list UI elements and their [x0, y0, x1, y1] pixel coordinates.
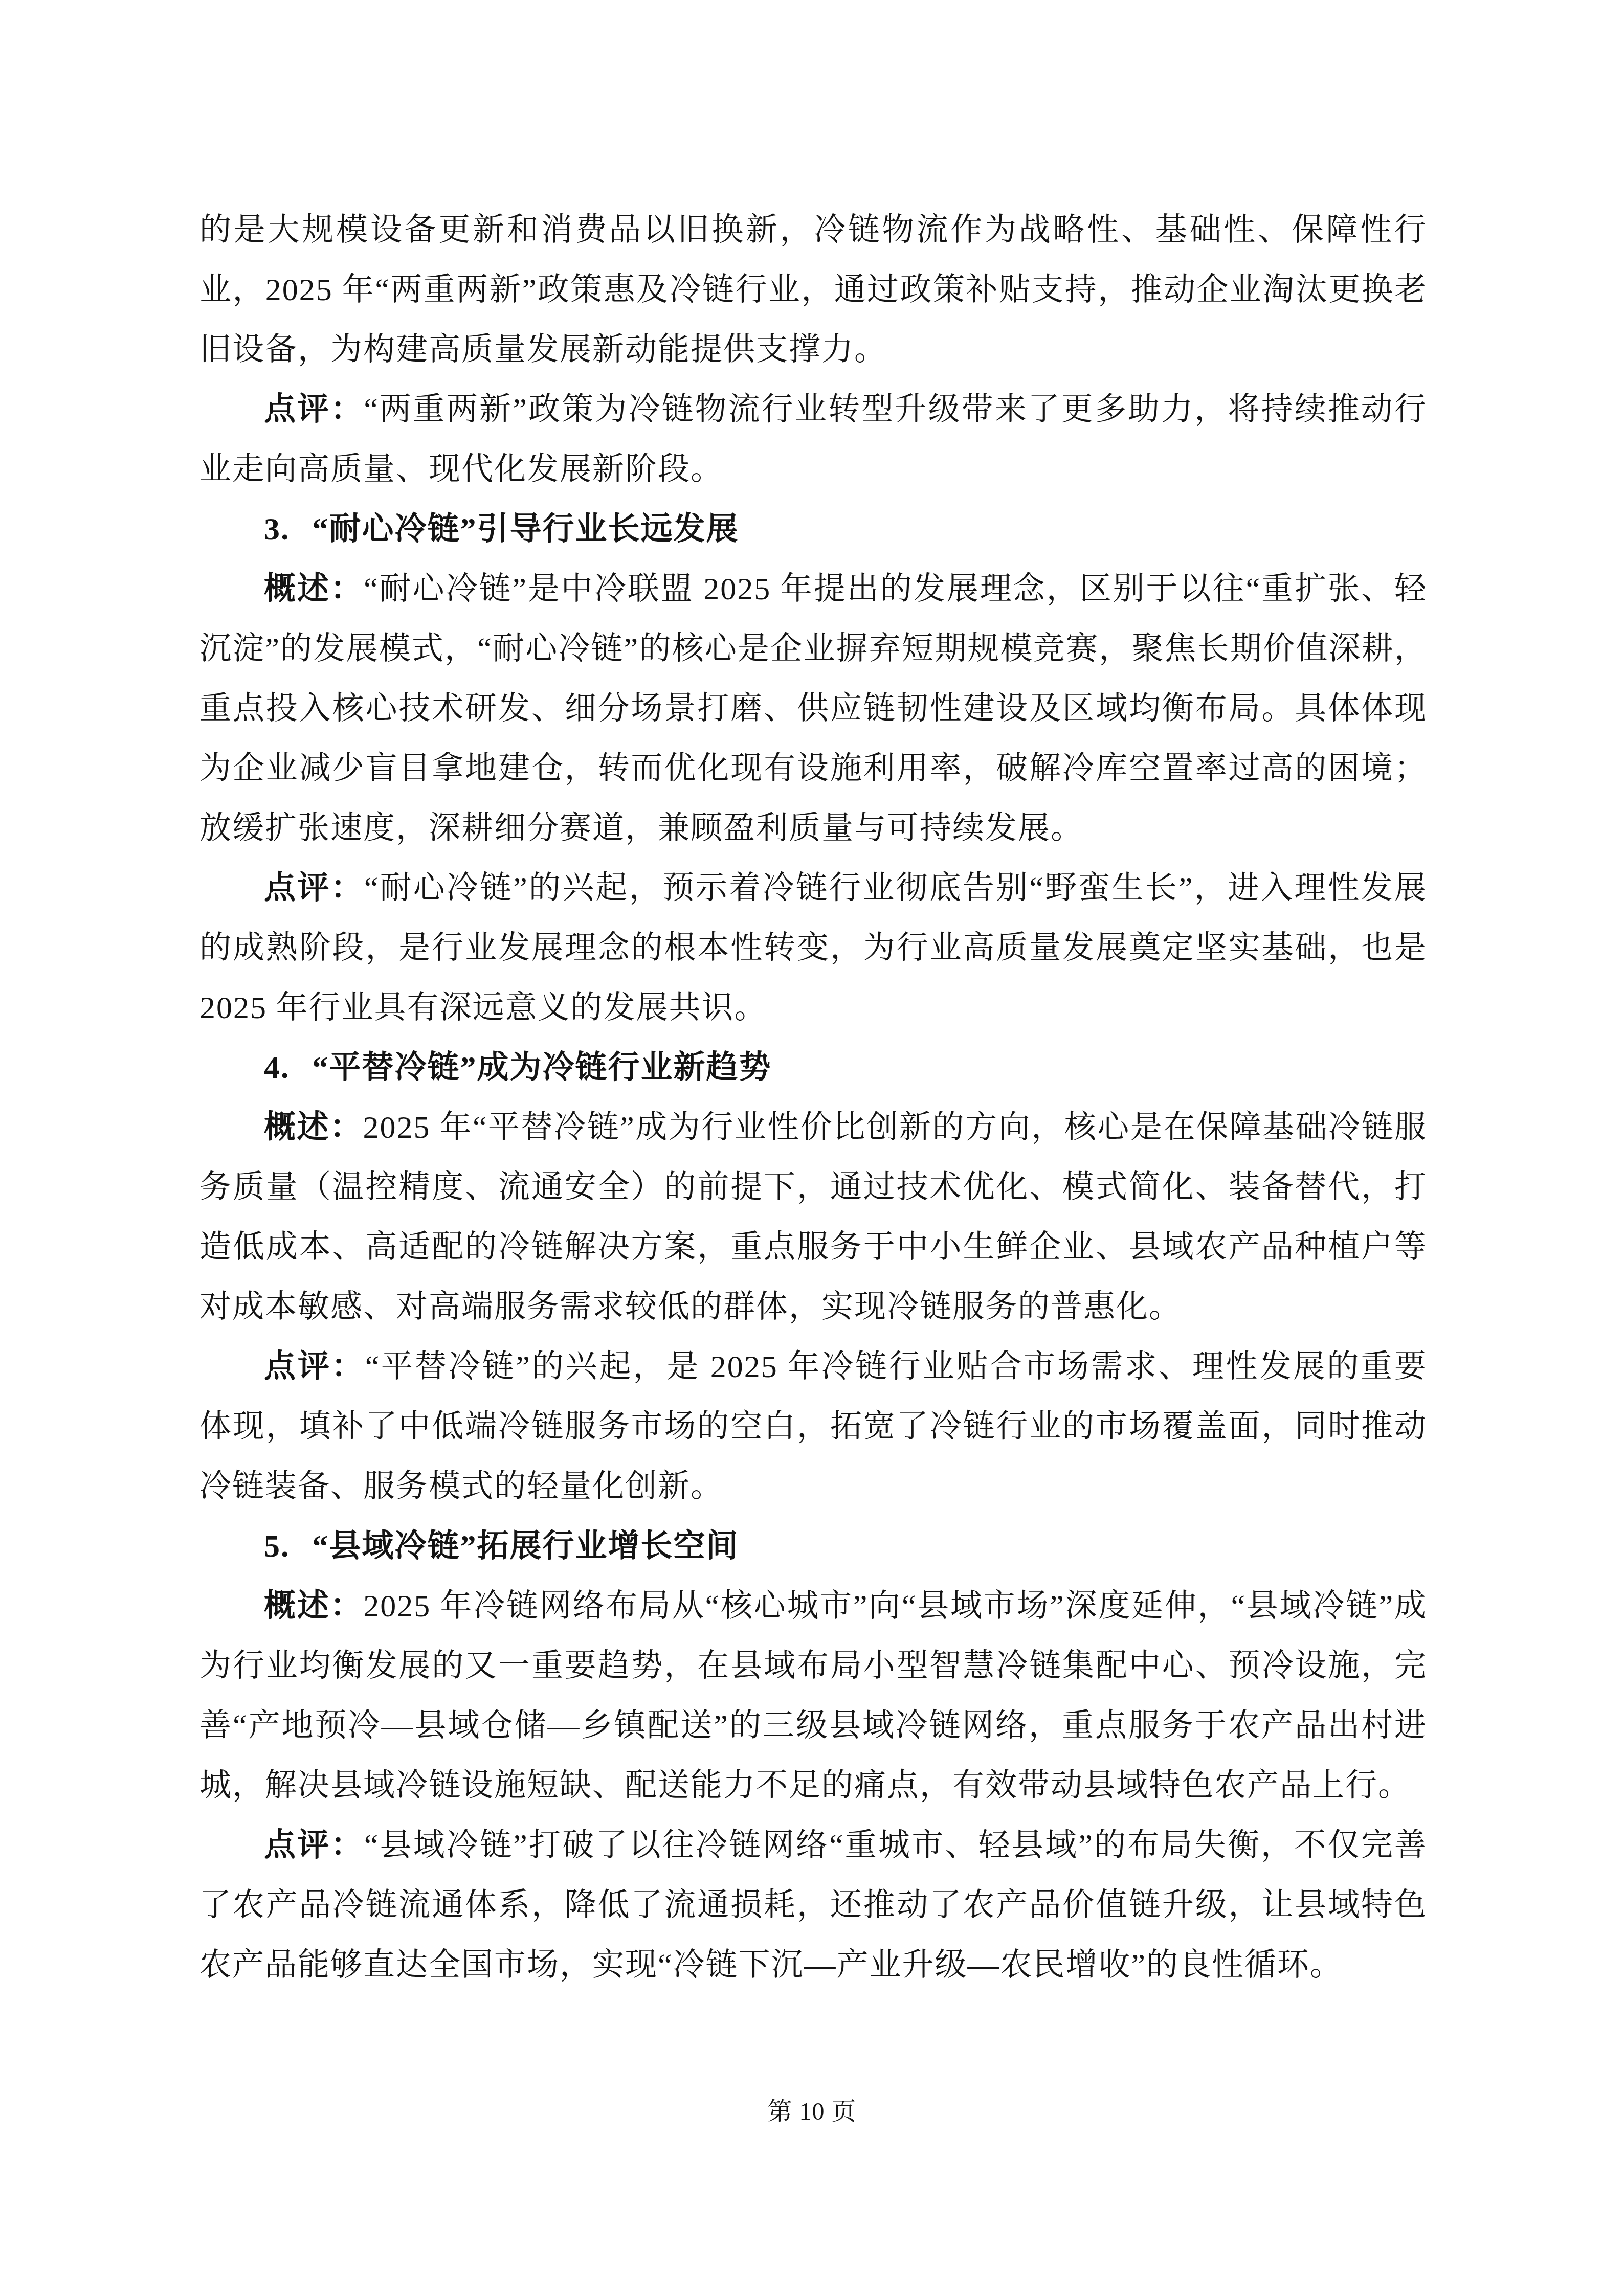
section-heading: 4.“平替冷链”成为冷链行业新趋势: [199, 1038, 1427, 1098]
heading-number: 3.: [264, 512, 290, 547]
heading-text: “县域冷链”拓展行业增长空间: [313, 1529, 739, 1564]
paragraph-label: 概述：: [264, 572, 364, 606]
paragraph: 概述：2025 年冷链网络布局从“核心城市”向“县域市场”深度延伸，“县域冷链”…: [199, 1577, 1427, 1816]
paragraph-label: 点评：: [264, 871, 364, 906]
paragraph-text: “耐心冷链”是中冷联盟 2025 年提出的发展理念，区别于以往“重扩张、轻沉淀”…: [199, 572, 1427, 846]
paragraph-label: 概述：: [264, 1110, 363, 1145]
heading-number: 5.: [264, 1529, 290, 1564]
paragraph-text: 的是大规模设备更新和消费品以旧换新，冷链物流作为战略性、基础性、保障性行业，20…: [199, 213, 1427, 367]
paragraph-text: 2025 年冷链网络布局从“核心城市”向“县域市场”深度延伸，“县域冷链”成为行…: [199, 1589, 1427, 1803]
heading-text: “耐心冷链”引导行业长远发展: [313, 512, 739, 547]
paragraph-text: 2025 年“平替冷链”成为行业性价比创新的方向，核心是在保障基础冷链服务质量（…: [199, 1110, 1427, 1324]
paragraph-text: “平替冷链”的兴起，是 2025 年冷链行业贴合市场需求、理性发展的重要体现，填…: [199, 1349, 1427, 1504]
document-body: 的是大规模设备更新和消费品以旧换新，冷链物流作为战略性、基础性、保障性行业，20…: [199, 200, 1427, 1995]
document-page: 的是大规模设备更新和消费品以旧换新，冷链物流作为战略性、基础性、保障性行业，20…: [0, 0, 1624, 2296]
paragraph-text: “县域冷链”打破了以往冷链网络“重城市、轻县域”的布局失衡，不仅完善了农产品冷链…: [199, 1828, 1427, 1983]
paragraph: 点评：“两重两新”政策为冷链物流行业转型升级带来了更多助力，将持续推动行业走向高…: [199, 380, 1427, 500]
paragraph-text: “两重两新”政策为冷链物流行业转型升级带来了更多助力，将持续推动行业走向高质量、…: [199, 392, 1427, 487]
paragraph: 概述：“耐心冷链”是中冷联盟 2025 年提出的发展理念，区别于以往“重扩张、轻…: [199, 559, 1427, 859]
paragraph-label: 概述：: [264, 1589, 363, 1624]
page-number: 第 10 页: [767, 2098, 856, 2125]
paragraph: 点评：“县域冷链”打破了以往冷链网络“重城市、轻县域”的布局失衡，不仅完善了农产…: [199, 1816, 1427, 1995]
section-heading: 5.“县域冷链”拓展行业增长空间: [199, 1517, 1427, 1577]
paragraph-label: 点评：: [264, 1828, 364, 1863]
paragraph: 的是大规模设备更新和消费品以旧换新，冷链物流作为战略性、基础性、保障性行业，20…: [199, 200, 1427, 380]
paragraph-label: 点评：: [264, 392, 364, 427]
paragraph-text: “耐心冷链”的兴起，预示着冷链行业彻底告别“野蛮生长”，进入理性发展的成熟阶段，…: [199, 871, 1427, 1025]
paragraph: 概述：2025 年“平替冷链”成为行业性价比创新的方向，核心是在保障基础冷链服务…: [199, 1098, 1427, 1337]
paragraph-label: 点评：: [264, 1349, 365, 1384]
paragraph: 点评：“平替冷链”的兴起，是 2025 年冷链行业贴合市场需求、理性发展的重要体…: [199, 1337, 1427, 1517]
heading-number: 4.: [264, 1050, 290, 1085]
section-heading: 3.“耐心冷链”引导行业长远发展: [199, 500, 1427, 559]
heading-text: “平替冷链”成为冷链行业新趋势: [313, 1050, 772, 1085]
paragraph: 点评：“耐心冷链”的兴起，预示着冷链行业彻底告别“野蛮生长”，进入理性发展的成熟…: [199, 859, 1427, 1038]
page-footer: 第 10 页: [0, 2096, 1624, 2128]
